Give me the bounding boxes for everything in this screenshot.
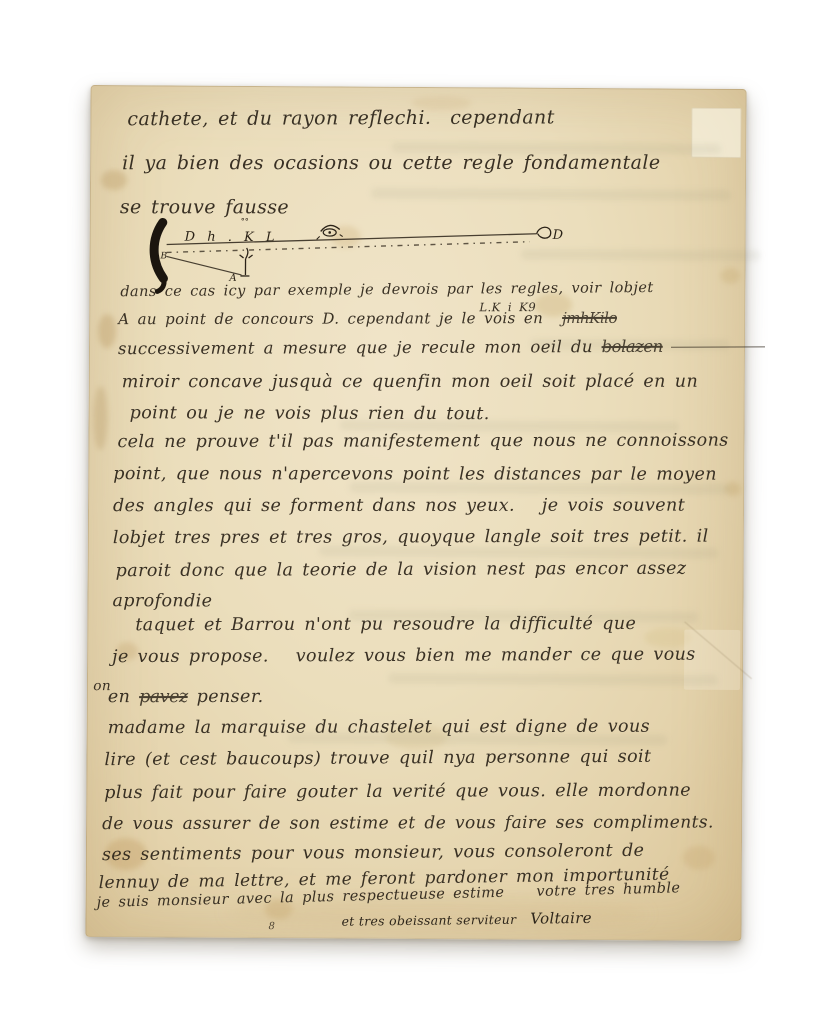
manuscript-line: A au point de concours D. cependant je l… <box>118 309 617 328</box>
manuscript-line: lire (et cest baucoups) trouve quil nya … <box>104 747 651 770</box>
manuscript-line: plus fait pour faire gouter la verité qu… <box>104 781 691 804</box>
manuscript-line: de vous assurer de son estime et de vous… <box>102 812 714 834</box>
concave-mirror <box>154 222 164 278</box>
stain <box>93 386 107 450</box>
struck-word: jmhKilo <box>562 309 617 327</box>
diagram-label-mirror: B <box>160 251 168 261</box>
manuscript-line: ses sentiments pour vous monsieur, vous … <box>102 841 645 865</box>
ink-mark: 8 <box>268 921 274 932</box>
flourish-loop <box>537 227 551 238</box>
object-doodle <box>239 248 252 276</box>
show-through <box>388 673 718 686</box>
signature: Voltaire <box>530 909 592 928</box>
photo-background: D h . K L °° B A D cathete, et du rayon … <box>0 0 835 1024</box>
manuscript-page: D h . K L °° B A D cathete, et du rayon … <box>85 85 746 941</box>
diagram-label-far: D <box>552 228 564 243</box>
show-through <box>371 188 731 201</box>
eye-lashes <box>317 234 343 239</box>
manuscript-line: il ya bien des ocasions ou cette regle f… <box>122 152 660 174</box>
manuscript-line: successivement a mesure que je recule mo… <box>118 336 765 358</box>
inserted-correction: L.K i K9 <box>479 300 536 314</box>
manuscript-line: point ou je ne vois plus rien du tout. <box>130 403 490 424</box>
ink-dash <box>671 346 765 347</box>
manuscript-line: cathete, et du rayon reflechi. cependant <box>127 106 554 130</box>
manuscript-line: point, que nous n'apercevons point les d… <box>113 464 717 485</box>
manuscript-line: aprofondie <box>112 591 212 611</box>
manuscript-line: lobjet tres pres et tres gros, quoyque l… <box>113 527 709 549</box>
closing-text: et tres obeissant serviteur <box>341 912 516 929</box>
struck-word: bolazen <box>602 337 663 356</box>
manuscript-line: en onpavez penser. <box>108 687 264 707</box>
diagram-label-top: D h . K L <box>184 230 279 246</box>
manuscript-text: cathete, et du rayon reflechi. cependant… <box>92 86 746 90</box>
manuscript-line: cela ne prouve t'il pas manifestement qu… <box>117 431 728 453</box>
stain <box>98 314 116 348</box>
line-text: penser. <box>188 687 264 707</box>
stain <box>683 846 715 870</box>
manuscript-line: miroir concave jusquà ce quenfin mon oei… <box>122 372 698 393</box>
closing-line: et tres obeissant serviteurVoltaire <box>341 909 592 930</box>
manuscript-line: des angles qui se forment dans nos yeux.… <box>113 496 685 516</box>
manuscript-line: paroit donc que la teorie de la vision n… <box>116 559 687 581</box>
eye-pupil <box>328 231 331 234</box>
manuscript-line: taquet et Barrou n'ont pu resoudre la di… <box>135 614 636 635</box>
struck-word: pavez <box>139 687 188 707</box>
line-text: en <box>108 687 139 707</box>
stain <box>720 268 740 284</box>
repair-patch <box>691 108 741 158</box>
manuscript-line: madame la marquise du chastelet qui est … <box>108 717 650 738</box>
diagram-label-object: A <box>228 273 236 284</box>
manuscript-line: se trouve fausse <box>120 196 289 218</box>
inserted-correction: on <box>93 678 111 694</box>
manuscript-line: je vous propose. voulez vous bien me man… <box>112 645 696 668</box>
line-text: successivement a mesure que je recule mo… <box>118 337 602 358</box>
stain <box>725 482 741 496</box>
